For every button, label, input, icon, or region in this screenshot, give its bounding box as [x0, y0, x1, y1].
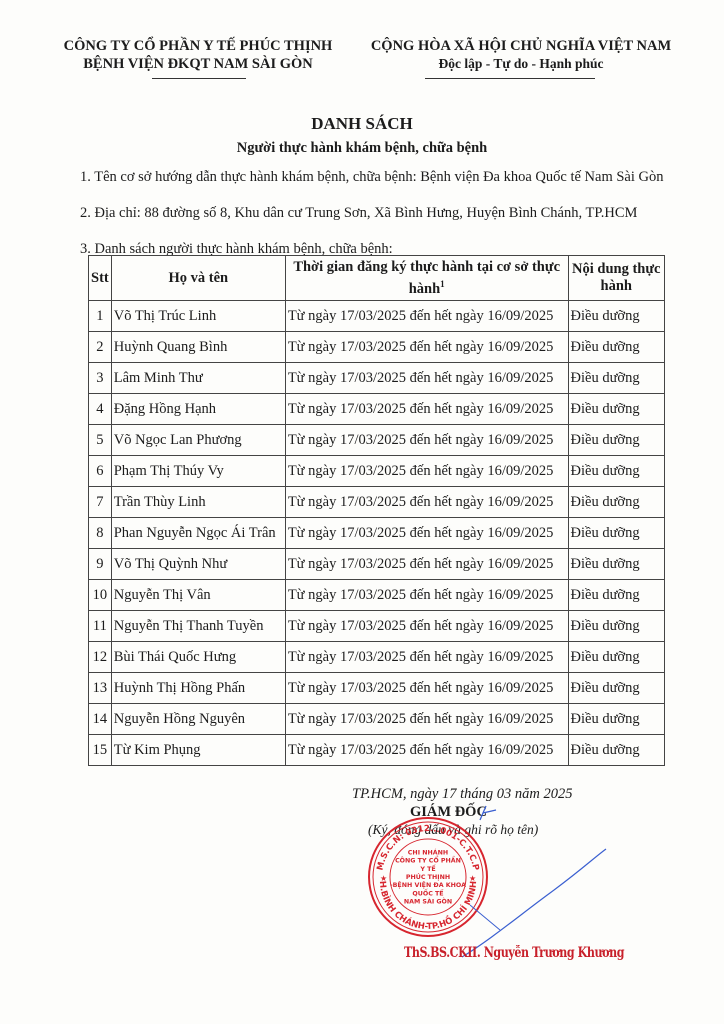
header-name: Họ và tên: [111, 256, 285, 301]
table-row: 9Võ Thị Quỳnh NhưTừ ngày 17/03/2025 đến …: [89, 549, 665, 580]
header-right-underline: [425, 78, 595, 79]
header-content: Nội dung thực hành: [568, 256, 664, 301]
cell-content: Điều dưỡng: [568, 518, 664, 549]
table-row: 8Phan Nguyễn Ngọc Ái TrânTừ ngày 17/03/2…: [89, 518, 665, 549]
header-right: CỘNG HÒA XÃ HỘI CHỦ NGHĨA VIỆT NAM Độc l…: [362, 37, 680, 73]
table-row: 12Bùi Thái Quốc HưngTừ ngày 17/03/2025 đ…: [89, 642, 665, 673]
cell-name: Võ Thị Trúc Linh: [111, 301, 285, 332]
table-row: 1Võ Thị Trúc LinhTừ ngày 17/03/2025 đến …: [89, 301, 665, 332]
cell-content: Điều dưỡng: [568, 735, 664, 766]
national-motto: Độc lập - Tự do - Hạnh phúc: [362, 55, 680, 73]
cell-content: Điều dưỡng: [568, 456, 664, 487]
hospital-name: BỆNH VIỆN ĐKQT NAM SÀI GÒN: [48, 55, 348, 73]
cell-name: Bùi Thái Quốc Hưng: [111, 642, 285, 673]
cell-name: Huỳnh Quang Bình: [111, 332, 285, 363]
cell-name: Võ Thị Quỳnh Như: [111, 549, 285, 580]
table-row: 10Nguyễn Thị VânTừ ngày 17/03/2025 đến h…: [89, 580, 665, 611]
table-row: 15Từ Kim PhụngTừ ngày 17/03/2025 đến hết…: [89, 735, 665, 766]
cell-stt: 2: [89, 332, 112, 363]
cell-content: Điều dưỡng: [568, 642, 664, 673]
cell-stt: 9: [89, 549, 112, 580]
cell-content: Điều dưỡng: [568, 425, 664, 456]
cell-stt: 11: [89, 611, 112, 642]
cell-stt: 4: [89, 394, 112, 425]
header-time: Thời gian đăng ký thực hành tại cơ sở th…: [285, 256, 568, 301]
seal-center-line: NAM SÀI GÒN: [404, 897, 452, 906]
place-date: TP.HCM, ngày 17 tháng 03 năm 2025: [352, 786, 572, 803]
cell-content: Điều dưỡng: [568, 332, 664, 363]
cell-stt: 8: [89, 518, 112, 549]
address-paragraph: 2. Địa chỉ: 88 đường số 8, Khu dân cư Tr…: [80, 204, 670, 222]
cell-time: Từ ngày 17/03/2025 đến hết ngày 16/09/20…: [285, 301, 568, 332]
cell-name: Lâm Minh Thư: [111, 363, 285, 394]
table-row: 5Võ Ngọc Lan PhươngTừ ngày 17/03/2025 đế…: [89, 425, 665, 456]
cell-stt: 3: [89, 363, 112, 394]
header-left: CÔNG TY CỔ PHẦN Y TẾ PHÚC THỊNH BỆNH VIỆ…: [48, 37, 348, 73]
cell-content: Điều dưỡng: [568, 580, 664, 611]
table-row: 14Nguyễn Hồng NguyênTừ ngày 17/03/2025 đ…: [89, 704, 665, 735]
cell-time: Từ ngày 17/03/2025 đến hết ngày 16/09/20…: [285, 456, 568, 487]
header-stt: Stt: [89, 256, 112, 301]
cell-content: Điều dưỡng: [568, 487, 664, 518]
header-left-underline: [152, 78, 246, 79]
cell-time: Từ ngày 17/03/2025 đến hết ngày 16/09/20…: [285, 518, 568, 549]
cell-name: Từ Kim Phụng: [111, 735, 285, 766]
cell-content: Điều dưỡng: [568, 611, 664, 642]
cell-name: Huỳnh Thị Hồng Phấn: [111, 673, 285, 704]
cell-stt: 13: [89, 673, 112, 704]
cell-name: Phạm Thị Thúy Vy: [111, 456, 285, 487]
national-title: CỘNG HÒA XÃ HỘI CHỦ NGHĨA VIỆT NAM: [362, 37, 680, 55]
cell-stt: 5: [89, 425, 112, 456]
footnote-marker: 1: [440, 279, 445, 289]
table-row: 7Trần Thùy LinhTừ ngày 17/03/2025 đến hế…: [89, 487, 665, 518]
cell-stt: 7: [89, 487, 112, 518]
cell-time: Từ ngày 17/03/2025 đến hết ngày 16/09/20…: [285, 394, 568, 425]
table-row: 13Huỳnh Thị Hồng PhấnTừ ngày 17/03/2025 …: [89, 673, 665, 704]
cell-name: Trần Thùy Linh: [111, 487, 285, 518]
cell-time: Từ ngày 17/03/2025 đến hết ngày 16/09/20…: [285, 704, 568, 735]
cell-name: Nguyễn Hồng Nguyên: [111, 704, 285, 735]
cell-stt: 12: [89, 642, 112, 673]
cell-content: Điều dưỡng: [568, 673, 664, 704]
practitioner-table: Stt Họ và tên Thời gian đăng ký thực hàn…: [88, 255, 665, 766]
table-row: 11Nguyễn Thị Thanh TuyềnTừ ngày 17/03/20…: [89, 611, 665, 642]
cell-time: Từ ngày 17/03/2025 đến hết ngày 16/09/20…: [285, 425, 568, 456]
cell-time: Từ ngày 17/03/2025 đến hết ngày 16/09/20…: [285, 580, 568, 611]
cell-time: Từ ngày 17/03/2025 đến hết ngày 16/09/20…: [285, 549, 568, 580]
cell-content: Điều dưỡng: [568, 301, 664, 332]
table-row: 4Đặng Hồng HạnhTừ ngày 17/03/2025 đến hế…: [89, 394, 665, 425]
cell-time: Từ ngày 17/03/2025 đến hết ngày 16/09/20…: [285, 735, 568, 766]
cell-name: Võ Ngọc Lan Phương: [111, 425, 285, 456]
cell-time: Từ ngày 17/03/2025 đến hết ngày 16/09/20…: [285, 611, 568, 642]
cell-stt: 14: [89, 704, 112, 735]
document-subtitle: Người thực hành khám bệnh, chữa bệnh: [0, 140, 724, 157]
cell-content: Điều dưỡng: [568, 394, 664, 425]
svg-text:★: ★: [380, 874, 387, 883]
header-time-text: Thời gian đăng ký thực hành tại cơ sở th…: [293, 259, 560, 297]
table-row: 3Lâm Minh ThưTừ ngày 17/03/2025 đến hết …: [89, 363, 665, 394]
cell-content: Điều dưỡng: [568, 363, 664, 394]
cell-content: Điều dưỡng: [568, 549, 664, 580]
seal-center-line: -BỆNH VIỆN ĐA KHOA: [390, 880, 466, 889]
signer-name: ThS.BS.CKII. Nguyễn Trương Khương: [404, 945, 624, 961]
cell-name: Phan Nguyễn Ngọc Ái Trân: [111, 518, 285, 549]
cell-time: Từ ngày 17/03/2025 đến hết ngày 16/09/20…: [285, 363, 568, 394]
cell-stt: 10: [89, 580, 112, 611]
cell-content: Điều dưỡng: [568, 704, 664, 735]
cell-stt: 15: [89, 735, 112, 766]
table-row: 6Phạm Thị Thúy VyTừ ngày 17/03/2025 đến …: [89, 456, 665, 487]
cell-stt: 6: [89, 456, 112, 487]
cell-time: Từ ngày 17/03/2025 đến hết ngày 16/09/20…: [285, 642, 568, 673]
seal-center-line: PHÚC THỊNH: [406, 872, 450, 881]
seal-center-line: CHI NHÁNH: [408, 847, 448, 856]
facility-name-paragraph: 1. Tên cơ sở hướng dẫn thực hành khám bệ…: [80, 168, 670, 186]
cell-name: Đặng Hồng Hạnh: [111, 394, 285, 425]
cell-time: Từ ngày 17/03/2025 đến hết ngày 16/09/20…: [285, 487, 568, 518]
cell-time: Từ ngày 17/03/2025 đến hết ngày 16/09/20…: [285, 332, 568, 363]
cell-stt: 1: [89, 301, 112, 332]
cell-name: Nguyễn Thị Thanh Tuyền: [111, 611, 285, 642]
document-title: DANH SÁCH: [0, 114, 724, 134]
cell-name: Nguyễn Thị Vân: [111, 580, 285, 611]
table-header-row: Stt Họ và tên Thời gian đăng ký thực hàn…: [89, 256, 665, 301]
company-name: CÔNG TY CỔ PHẦN Y TẾ PHÚC THỊNH: [48, 37, 348, 55]
cell-time: Từ ngày 17/03/2025 đến hết ngày 16/09/20…: [285, 673, 568, 704]
table-row: 2Huỳnh Quang BìnhTừ ngày 17/03/2025 đến …: [89, 332, 665, 363]
